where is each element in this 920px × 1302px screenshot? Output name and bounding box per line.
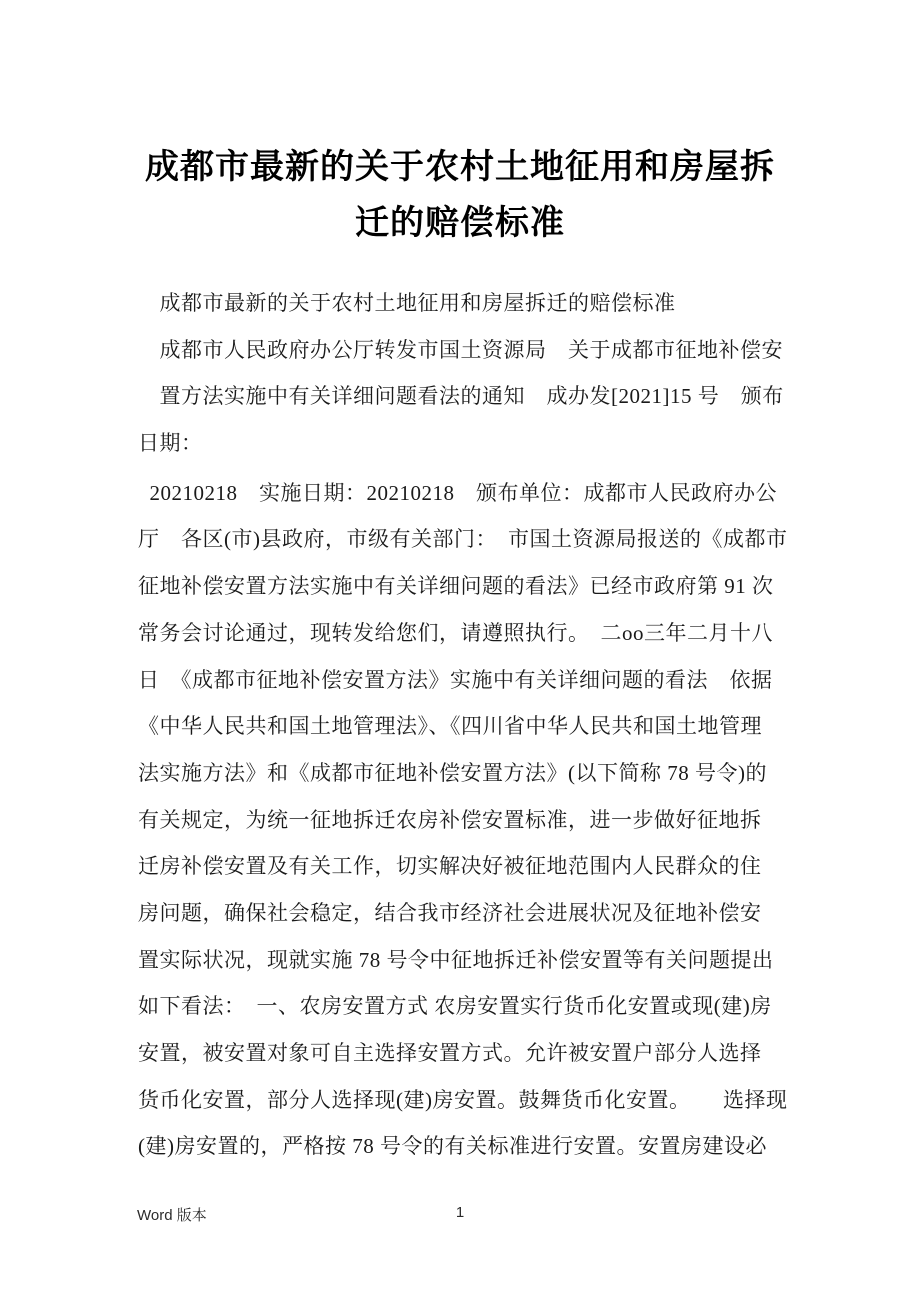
document-footer: Word 版本 1	[0, 1204, 920, 1228]
text-line: 房问题，确保社会稳定，结合我市经济社会进展状况及征地补偿安	[138, 890, 870, 937]
text-line: 征地补偿安置方法实施中有关详细问题的看法》已经市政府第 91 次	[138, 563, 870, 610]
document-title-line: 迁的赔偿标准	[60, 196, 860, 252]
text-line: 货币化安置，部分人选择现(建)房安置。鼓舞货币化安置。 选择现	[138, 1077, 870, 1124]
document-body: 成都市最新的关于农村土地征用和房屋拆迁的赔偿标准 成都市人民政府办公厅转发市国土…	[138, 280, 870, 1170]
footer-page-number: 1	[0, 1204, 920, 1221]
text-line: 置方法实施中有关详细问题看法的通知 成办发[2021]15 号 颁布	[138, 373, 870, 420]
text-line: 有关规定，为统一征地拆迁农房补偿安置标准，进一步做好征地拆	[138, 797, 870, 844]
document-title: 成都市最新的关于农村土地征用和房屋拆迁的赔偿标准	[60, 140, 860, 252]
paragraph: 20210218 实施日期：20210218 颁布单位：成都市人民政府办公厅 各…	[138, 470, 870, 1170]
text-line: (建)房安置的，严格按 78 号令的有关标准进行安置。安置房建设必	[138, 1123, 870, 1170]
text-line: 日期：	[138, 420, 870, 467]
text-line: 成都市最新的关于农村土地征用和房屋拆迁的赔偿标准	[138, 280, 870, 327]
text-line: 安置，被安置对象可自主选择安置方式。允许被安置户部分人选择	[138, 1030, 870, 1077]
text-line: 常务会讨论通过，现转发给您们，请遵照执行。 二oo三年二月十八	[138, 610, 870, 657]
text-line: 厅 各区(市)县政府，市级有关部门： 市国土资源局报送的《成都市	[138, 516, 870, 563]
text-line: 如下看法： 一、农房安置方式 农房安置实行货币化安置或现(建)房	[138, 983, 870, 1030]
text-line: 法实施方法》和《成都市征地补偿安置方法》(以下简称 78 号令)的	[138, 750, 870, 797]
text-line: 20210218 实施日期：20210218 颁布单位：成都市人民政府办公	[138, 470, 870, 517]
text-line: 日 《成都市征地补偿安置方法》实施中有关详细问题的看法 依据	[138, 657, 870, 704]
text-line: 置实际状况，现就实施 78 号令中征地拆迁补偿安置等有关问题提出	[138, 937, 870, 984]
text-line: 成都市人民政府办公厅转发市国土资源局 关于成都市征地补偿安	[138, 327, 870, 374]
document-title-line: 成都市最新的关于农村土地征用和房屋拆	[60, 140, 860, 196]
paragraph: 成都市人民政府办公厅转发市国土资源局 关于成都市征地补偿安 置方法实施中有关详细…	[138, 327, 870, 467]
document-page: 成都市最新的关于农村土地征用和房屋拆迁的赔偿标准 成都市最新的关于农村土地征用和…	[0, 0, 920, 1302]
text-line: 《中华人民共和国土地管理法》、《四川省中华人民共和国土地管理	[138, 703, 870, 750]
text-line: 迁房补偿安置及有关工作，切实解决好被征地范围内人民群众的住	[138, 843, 870, 890]
paragraph: 成都市最新的关于农村土地征用和房屋拆迁的赔偿标准	[138, 280, 870, 327]
